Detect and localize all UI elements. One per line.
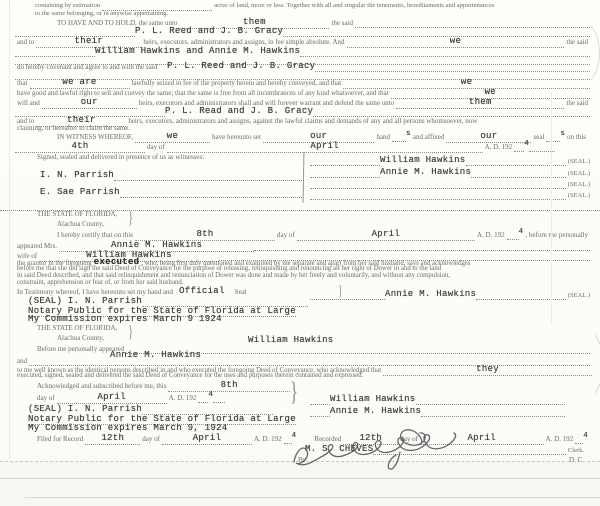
printed-text: A. D. 192 — [254, 435, 282, 443]
printed-text: (SEAL.) — [568, 292, 590, 299]
typed-entry: 4 — [524, 140, 529, 149]
typed-entry: My Commission expires March 9 1924 — [28, 314, 222, 324]
typed-entry: My Commission expires March 9, 1924 — [28, 423, 228, 433]
typed-entry: Annie M. Hawkins — [380, 167, 471, 177]
typed-entry-on-line: April — [57, 393, 167, 404]
blank-line — [198, 394, 208, 403]
printed-text: Signed, sealed and delivered in presence… — [37, 153, 204, 161]
witness-signature-line: I. N. Parrish — [30, 171, 302, 181]
typed-entry-on-line: 8th — [168, 381, 290, 392]
typed-entry: William Hawkins — [248, 335, 334, 345]
typed-entry: (SEAL) I. N. Parrish — [28, 296, 142, 306]
typed-entry: 8th — [196, 229, 213, 239]
typed-entry: them — [469, 97, 492, 107]
printed-text: (SEAL.) — [568, 181, 590, 188]
printed-text: day of — [37, 394, 55, 402]
left-margin-rule — [9, 0, 10, 458]
page-edge-line — [551, 92, 552, 324]
blank-line — [546, 133, 560, 142]
printed-text: heirs, executors, administrators and ass… — [143, 38, 344, 46]
blank-line — [213, 394, 225, 403]
printed-text: THE STATE OF FLORIDA, — [37, 210, 117, 218]
typed-entry: s — [560, 130, 565, 139]
printed-text: Alachua County, — [57, 334, 104, 342]
deputy-clerk-signature — [288, 424, 483, 474]
printed-text: THE STATE OF FLORIDA, — [37, 324, 117, 332]
typed-entry: William Hawkins and Annie M. Hawkins — [95, 46, 300, 56]
typed-entry-on-line: April — [162, 434, 252, 445]
printed-text: and affixed — [413, 133, 445, 141]
printed-text: the said — [331, 19, 353, 27]
typed-entry: we — [450, 36, 461, 46]
typed-entry: Annie M. Hawkins — [385, 289, 476, 299]
typed-entry: their — [75, 36, 104, 46]
page-curl-mark — [556, 326, 600, 402]
typed-entry: 8th — [221, 380, 238, 390]
printed-text: (SEAL.) — [568, 170, 590, 177]
seal-line: Annie M. Hawkins (SEAL.) — [310, 290, 592, 300]
blank-line — [310, 157, 380, 166]
typed-entry: our — [81, 97, 98, 107]
printed-text: have hereunto set — [212, 133, 261, 141]
blank-line — [310, 408, 330, 417]
typed-entry: William Hawkins — [330, 394, 416, 404]
brace-mark: } — [128, 323, 133, 340]
typed-entry: April — [310, 141, 339, 151]
witness-attestation: Signed, sealed and delivered in presence… — [35, 153, 206, 161]
printed-text: that — [17, 79, 28, 87]
printed-text: have good and lawful right to sell and c… — [17, 89, 389, 97]
printed-text: day of — [147, 143, 165, 151]
typed-entry: we — [485, 87, 496, 97]
typed-entry: Annie M. Hawkins — [330, 406, 421, 416]
doc-line: Annie M. Hawkins — [310, 407, 565, 417]
doc-line: executed, signed, sealed and delivered t… — [15, 372, 365, 380]
blank-line — [421, 408, 565, 417]
doc-line: William Hawkins — [310, 395, 565, 405]
typed-entry: William Hawkins — [380, 155, 466, 165]
printed-text: (SEAL.) — [568, 192, 590, 199]
printed-text: (SEAL.) — [568, 158, 590, 165]
county-heading: Alachua County, — [55, 334, 106, 342]
seal-line: (SEAL.) — [310, 191, 592, 200]
blank-line — [575, 435, 583, 444]
typed-entry: April — [193, 433, 222, 443]
printed-text: day of — [277, 231, 295, 239]
printed-text: A. D. 192 — [169, 394, 197, 402]
acknowledgment-date-line: day ofAprilA. D. 192 4 — [35, 393, 290, 404]
typed-entry: P. L. Read and J. B. Gracy — [165, 106, 313, 116]
printed-text: Seal — [235, 288, 247, 296]
blank-line — [310, 396, 330, 405]
printed-text: heirs, executors, administrators and ass… — [128, 117, 477, 125]
typed-entry-on-line: April — [297, 230, 475, 241]
typed-entry: we — [461, 77, 472, 87]
seal-line: Annie M. Hawkins (SEAL.) — [310, 168, 592, 178]
printed-text: Alachua County, — [57, 220, 104, 228]
brace-mark: } — [290, 379, 298, 405]
printed-text: do hereby covenant and agree to and with… — [17, 63, 157, 71]
doc-line: to the same belonging, or in anywise app… — [33, 10, 170, 18]
printed-text: hand — [376, 133, 390, 141]
typed-entry: s — [406, 130, 411, 139]
typed-entry: they — [476, 364, 499, 374]
printed-text: IN WITNESS WHEREOF, — [57, 133, 133, 141]
printed-text: Filed for Record — [37, 435, 83, 443]
printed-text: Clerk. — [568, 447, 584, 454]
blank-line — [254, 242, 590, 251]
printed-text: to the same belonging, or in anywise app… — [35, 10, 168, 18]
witness-signature-line: E. Sae Parrish — [30, 188, 302, 198]
printed-text: containing by estimation — [35, 2, 100, 10]
typed-entry: I. N. Parrish — [40, 170, 114, 180]
printed-text: executed, signed, sealed and delivered t… — [17, 372, 363, 380]
ledger-rule — [25, 497, 600, 498]
typed-entry: (SEAL) I. N. Parrish — [28, 404, 142, 414]
printed-text: A. D. 192 — [546, 435, 574, 443]
typed-entry: 4 — [519, 228, 524, 237]
typed-entry: April — [97, 392, 126, 402]
typed-entry: Annie M. Hawkins — [111, 240, 202, 250]
typed-entry: Official — [179, 286, 225, 296]
deed-document-page: containing by estimation acres of land, … — [0, 0, 600, 506]
seal-line: (SEAL.) — [310, 180, 592, 189]
printed-text: lawfully seized in fee of the property h… — [132, 79, 342, 87]
blank-line — [476, 291, 566, 300]
typed-entry: we — [167, 131, 178, 141]
seal-line: William Hawkins (SEAL.) — [310, 156, 592, 166]
state-heading: THE STATE OF FLORIDA, — [35, 210, 119, 218]
brace-mark: } — [338, 284, 343, 299]
printed-text: and — [17, 357, 27, 365]
brace-mark: } — [128, 209, 133, 226]
state-heading: THE STATE OF FLORIDA, — [35, 324, 119, 332]
typed-entry-on-line: 12th — [85, 434, 140, 445]
printed-text: , before me personally — [525, 231, 588, 239]
printed-text: on this — [567, 133, 586, 141]
printed-text: A. D. 192 — [477, 231, 505, 239]
printed-text: A. D. 192 — [485, 143, 513, 151]
typed-entry: 4th — [71, 141, 88, 151]
county-heading: Alachua County, — [55, 220, 106, 228]
typed-entry: 4 — [583, 432, 588, 441]
blank-line — [283, 28, 590, 37]
blank-line — [310, 169, 380, 178]
typed-entry: our — [310, 131, 327, 141]
printed-text: acres of land, more or less. Together wi… — [214, 2, 494, 10]
typed-entry: E. Sae Parrish — [40, 187, 120, 197]
printed-text: Acknowledged and subscribed before me, t… — [37, 382, 166, 390]
blank-line — [114, 172, 302, 181]
typed-entry: P. L. Reed and J. B. Gracy — [167, 61, 315, 71]
page-curl-mark — [548, 16, 600, 90]
typed-entry: 4 — [208, 391, 213, 400]
printed-text: appeared Mrs. — [17, 242, 57, 250]
blank-line — [120, 189, 302, 198]
printed-text: claiming, or hereafter to claim the same… — [17, 124, 130, 132]
typed-entry: April — [372, 229, 401, 239]
execution-date-line: 4thday ofAprilA. D. 192 4 — [15, 142, 555, 153]
ledger-rule — [0, 478, 600, 479]
doc-line: constraint, apprehension or fear of, or … — [15, 279, 185, 287]
typed-entry: our — [480, 131, 497, 141]
blank-line — [416, 396, 565, 405]
blank-line — [310, 180, 566, 189]
typed-entry: P. L. Reed and J. B. Gracy — [135, 26, 283, 36]
typed-entry: we are — [62, 77, 96, 87]
printed-text: constraint, apprehension or fear of, or … — [17, 279, 183, 287]
blank-line — [514, 143, 524, 152]
printed-text: and to — [17, 38, 34, 46]
doc-line: Acknowledged and subscribed before me, t… — [35, 381, 290, 392]
typed-entry-on-line: April — [167, 142, 483, 153]
printed-text: will and — [17, 99, 40, 107]
blank-line — [392, 133, 406, 142]
typed-entry-on-line: 4th — [15, 142, 145, 153]
printed-text: day of — [142, 435, 160, 443]
blank-line — [310, 291, 385, 300]
doc-line: claiming, or hereafter to claim the same… — [15, 124, 132, 132]
printed-text: the said — [566, 99, 588, 107]
typed-entry: 12th — [101, 433, 124, 443]
printed-text: seal — [533, 133, 544, 141]
printed-text: In Testimony whereof, I have hereunto se… — [17, 288, 173, 296]
blank-line — [310, 191, 566, 200]
blank-line — [507, 231, 519, 240]
printed-text: I hereby certify that on this — [57, 231, 133, 239]
